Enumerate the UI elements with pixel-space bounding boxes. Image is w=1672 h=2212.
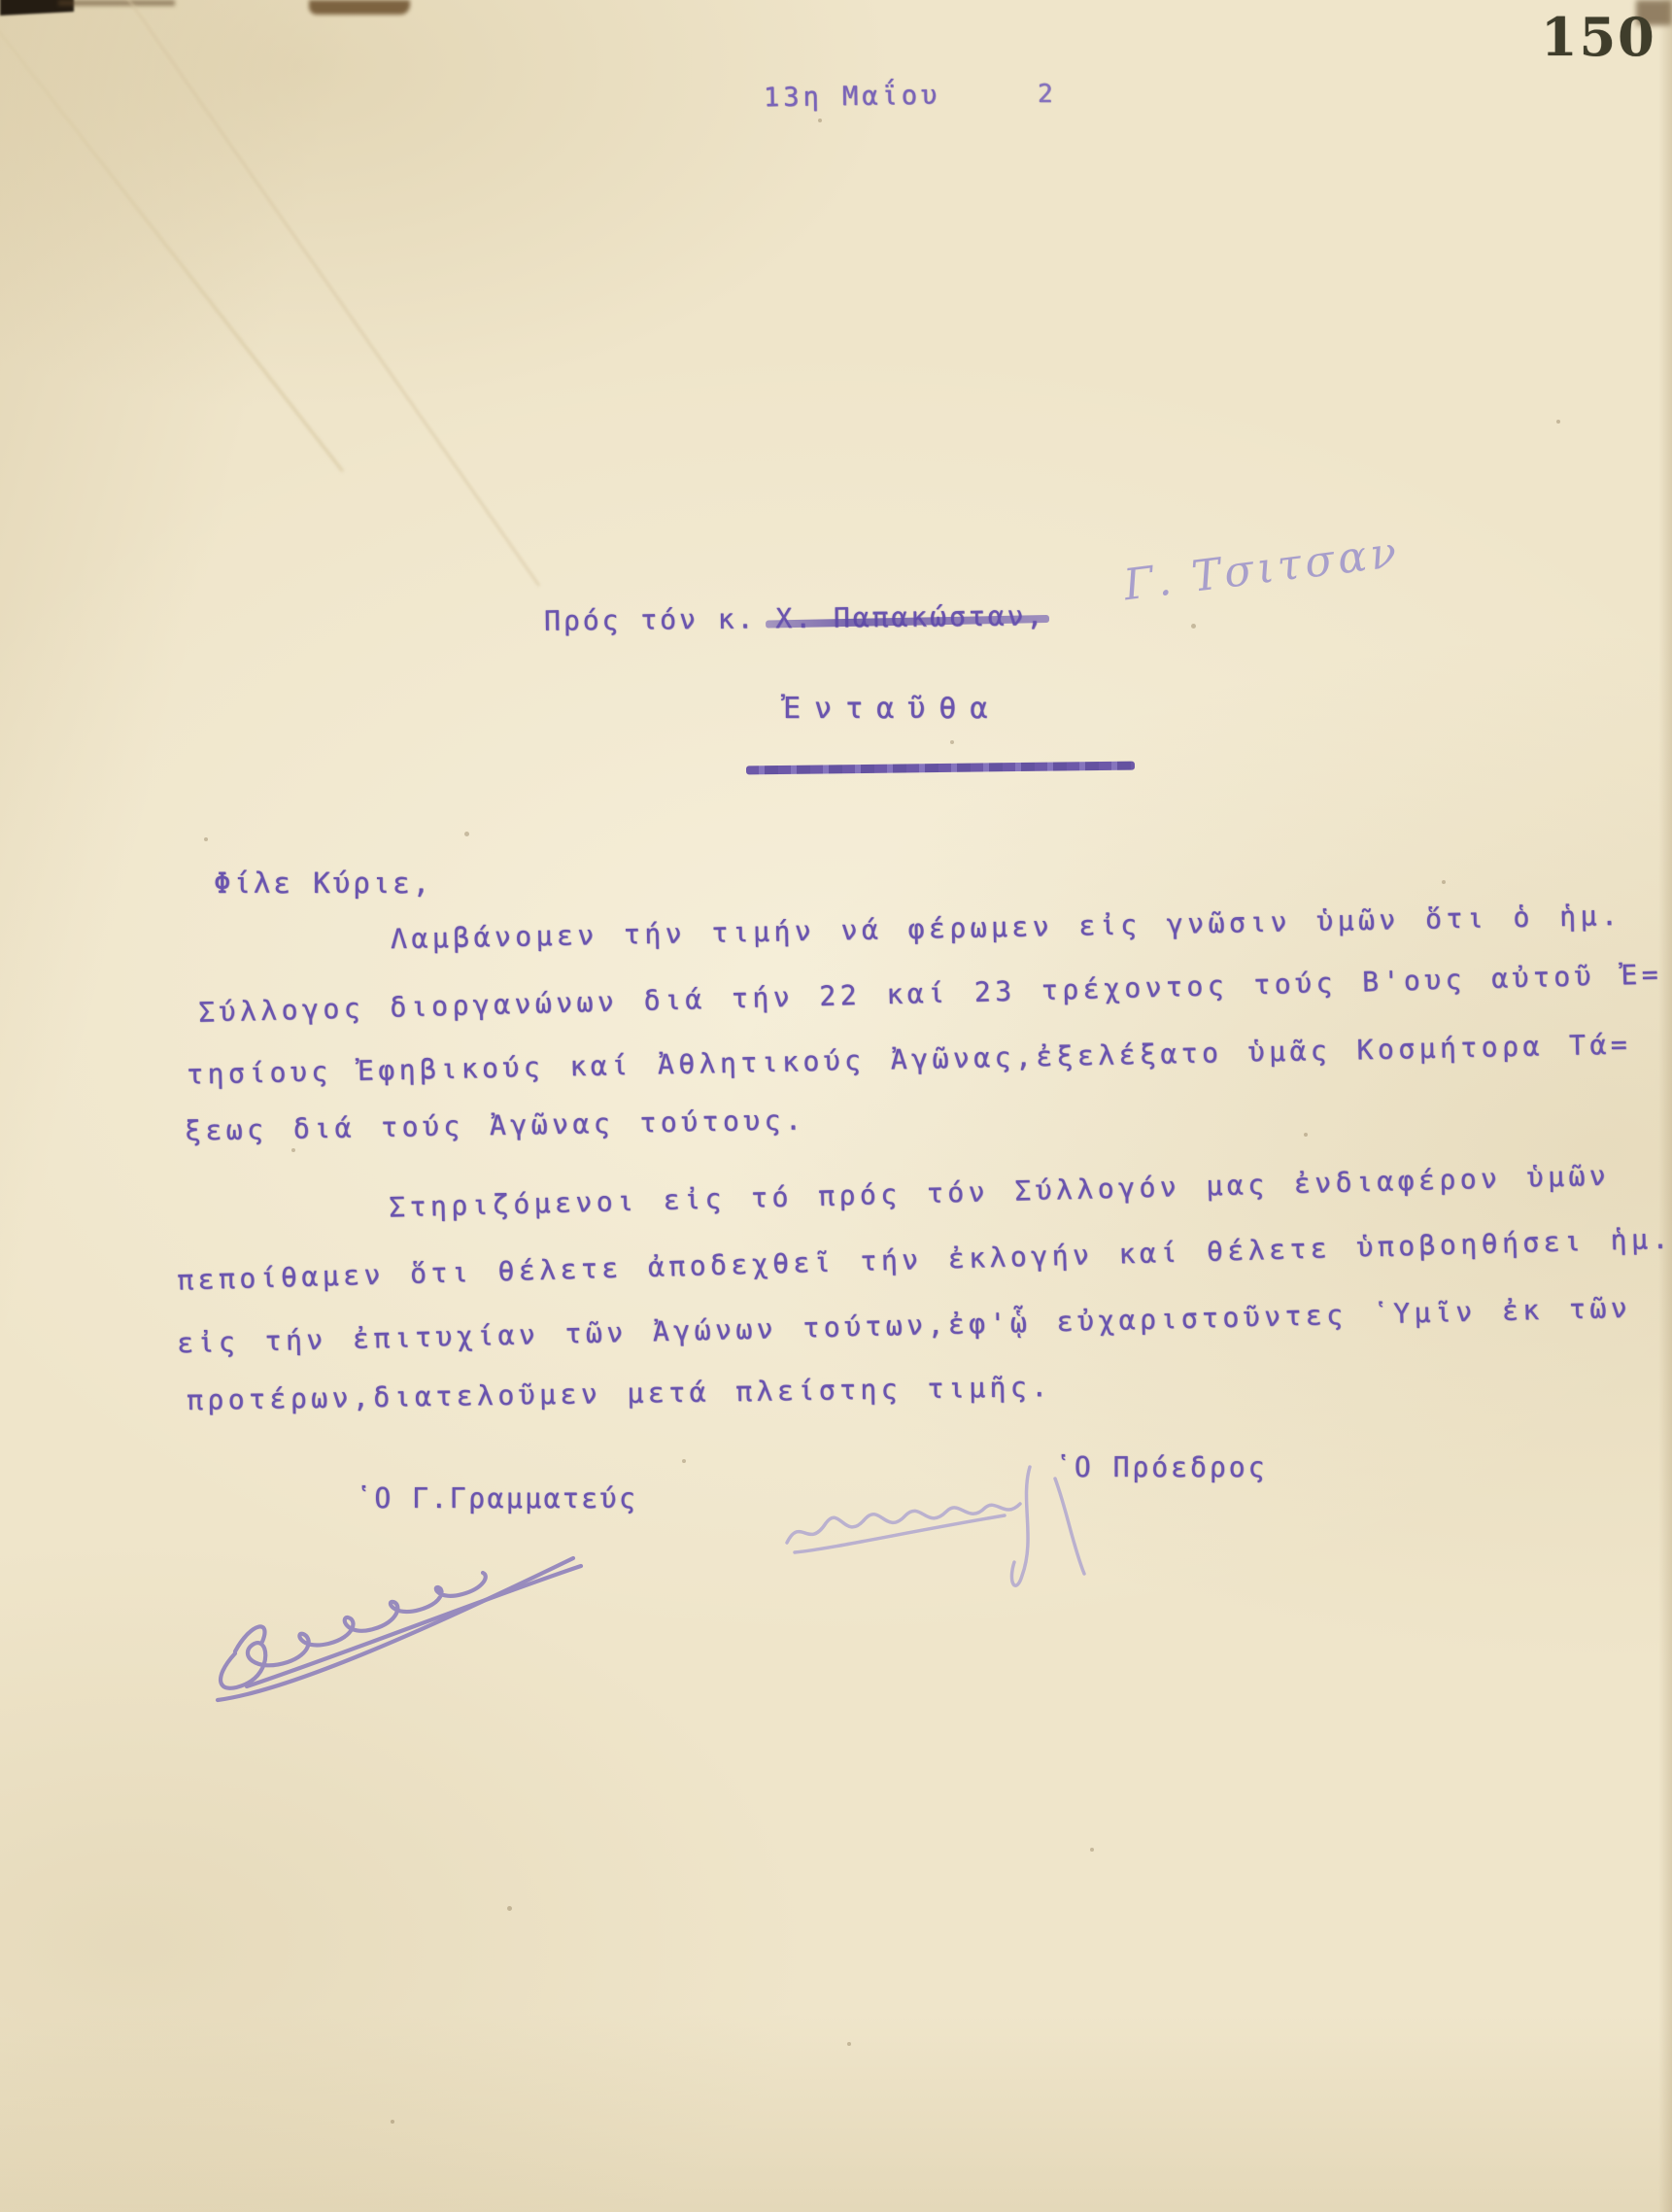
foxing-spot [391,2120,394,2124]
paper-crease [0,0,344,472]
foxing-spot [682,1459,686,1463]
foxing-spot [1556,420,1560,424]
date-stamp: 13η Μαΐου [764,81,941,114]
addressee-line: Πρός τόν κ. Χ. Παπακώσταν, [544,599,1046,636]
foxing-spot [1090,1848,1094,1852]
secretary-signature [202,1508,600,1707]
page-edge-artifact [309,0,410,15]
body-line: ξεως διά τούς Ἀγῶνας τούτους. [185,1104,806,1146]
body-line: προτέρων,διατελοῦμεν μετά πλείστης τιμῆς… [187,1371,1052,1416]
handwritten-correction: Γ. Τσιτσαν [1121,527,1403,610]
body-line: Στηριζόμενοι εἰς τό πρός τόν Σύλλογόν μα… [389,1160,1611,1224]
foxing-spot [507,1906,512,1911]
location-underline [746,762,1135,775]
letter-scan-page: 150 13η Μαΐου 2 Πρός τόν κ. Χ. Παπακώστα… [0,0,1672,2212]
page-edge-artifact [0,0,74,16]
foxing-spot [291,1148,295,1152]
foxing-spot [847,2042,851,2046]
paper-crease [115,0,540,587]
foxing-spot [818,119,822,122]
body-line: πεποίθαμεν ὅτι θέλετε ἀποδεχθεῖ τήν ἐκλο… [177,1223,1672,1297]
body-line: Σύλλογος διοργανώνων διά τήν 22 καί 23 τ… [198,958,1663,1028]
secretary-title: ῾Ο Γ.Γραμματεύς [356,1482,637,1514]
addressee-prefix: Πρός τόν κ. [544,602,776,636]
date-number: 2 [1038,80,1053,109]
foxing-spot [1442,880,1446,884]
foxing-spot [1304,1133,1308,1137]
body-line: εἰς τήν ἐπιτυχίαν τῶν Ἀγώνων τούτων,ἐφ'ᾧ… [177,1292,1632,1360]
body-line: τησίους Ἐφηβικούς καί Ἀθλητικούς Ἀγῶνας,… [187,1028,1632,1090]
president-title: ῾Ο Πρόεδρος [1055,1451,1267,1483]
foxing-spot [204,837,208,841]
page-edge-artifact [1658,0,1672,2212]
salutation: Φίλε Κύριε, [214,867,432,900]
struck-name: Χ. Παπακώσταν, [775,599,1045,634]
page-edge-artifact [58,0,175,6]
body-line: Λαμβάνομεν τήν τιμήν νά φέρωμεν εἰς γνῶσ… [391,900,1622,955]
foxing-spot [1191,624,1196,629]
location-line: Ἐνταῦθα [783,692,1001,726]
foxing-spot [464,832,469,836]
page-number-stamp: 150 [1541,6,1648,68]
foxing-spot [950,740,954,744]
